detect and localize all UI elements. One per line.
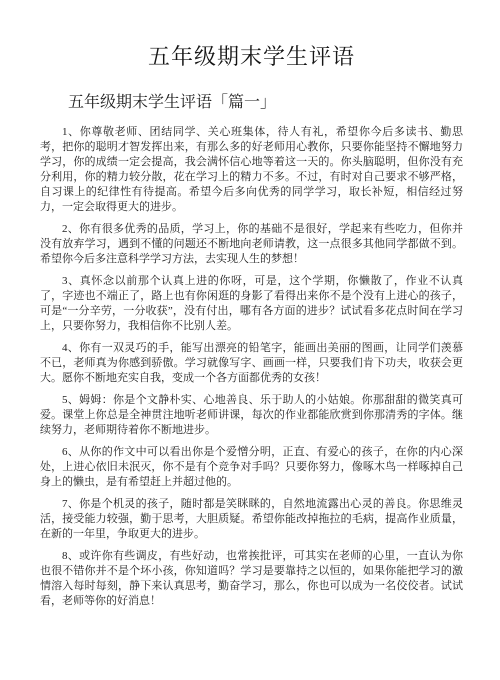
comment-paragraph-1: 1、你尊敬老师、团结同学、关心班集体，待人有礼，希望你今后多读书、勤思考，把你的… [40,125,463,215]
document-title: 五年级期末学生评语 [40,42,463,72]
section-heading: 五年级期末学生评语「篇一」 [68,94,463,112]
comment-paragraph-6: 6、从你的作文中可以看出你是个爱憎分明，正直、有爱心的孩子，在你的内心深处，上进… [40,445,463,490]
comment-paragraph-5: 5、姆姆：你是个文静朴实、心地善良、乐于助人的小姑娘。你那甜甜的微笑真可爱。课堂… [40,393,463,438]
comment-paragraph-4: 4、你有一双灵巧的手，能写出漂亮的铅笔字，能画出美丽的图画，让同学们羡慕不已，老… [40,341,463,386]
document-page: 五年级期末学生评语 五年级期末学生评语「篇一」 1、你尊敬老师、团结同学、关心班… [0,0,500,680]
comments-list: 1、你尊敬老师、团结同学、关心班集体，待人有礼，希望你今后多读书、勤思考，把你的… [40,125,463,609]
comment-paragraph-8: 8、或许你有些调皮，有些好动，也常挨批评，可其实在老师的心里，一直认为你也很不错… [40,549,463,609]
comment-paragraph-2: 2、你有很多优秀的品质，学习上，你的基础不是很好，学起来有些吃力，但你并没有放弃… [40,222,463,267]
comment-paragraph-7: 7、你是个机灵的孩子，随时都是笑眯眯的，自然地流露出心灵的善良。你思维灵活，接受… [40,497,463,542]
comment-paragraph-3: 3、真怀念以前那个认真上进的你呀，可是，这个学期，你懒散了，作业不认真了，字迹也… [40,274,463,334]
